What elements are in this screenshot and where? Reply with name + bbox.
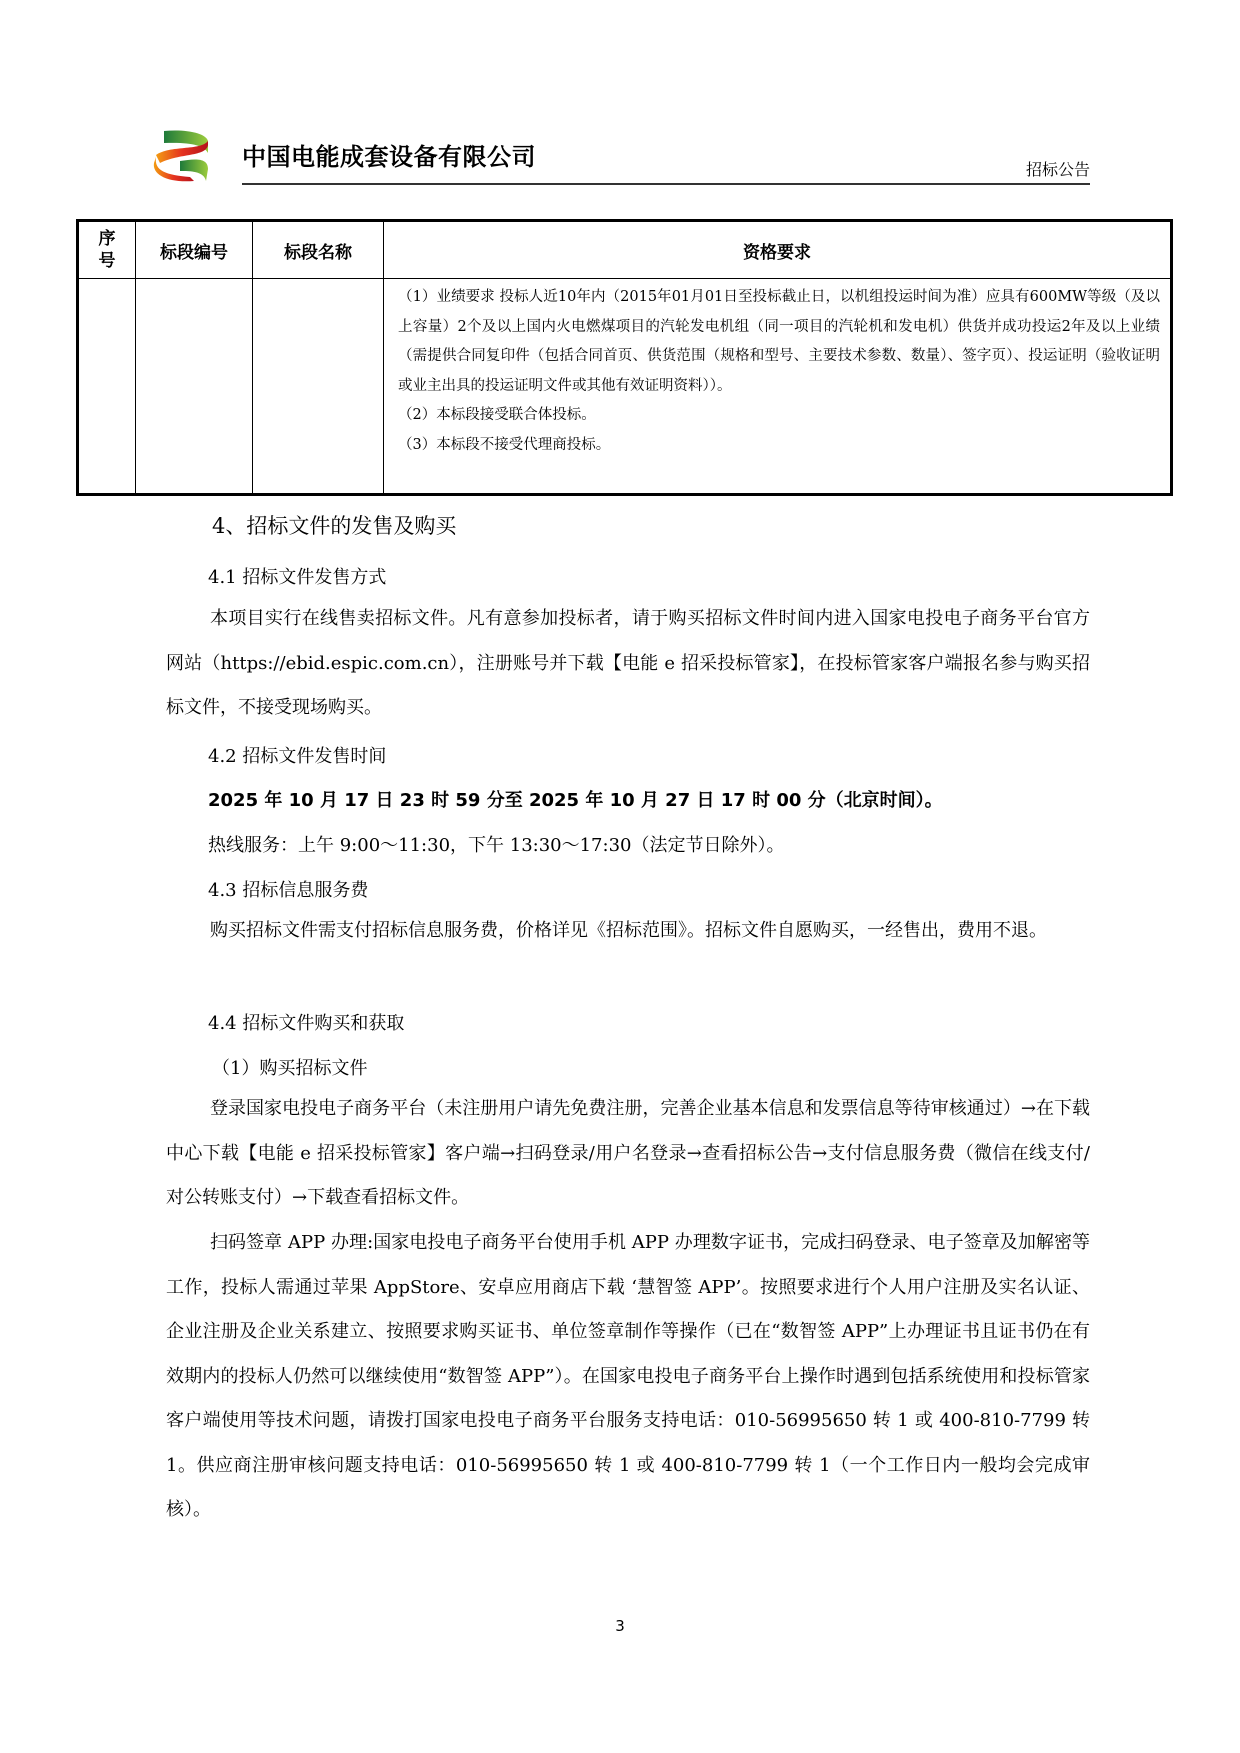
- table-header-row: 序号 标段编号 标段名称 资格要求: [78, 221, 1172, 279]
- cell-seq: [78, 279, 136, 495]
- table-row: （1）业绩要求 投标人近10年内（2015年01月01日至投标截止日，以机组投运…: [78, 279, 1172, 495]
- section-4-4-title: 4.4 招标文件购买和获取: [208, 1009, 404, 1035]
- section-4-3-text: 购买招标文件需支付招标信息服务费，价格详见《招标范围》。招标文件自愿购买，一经售…: [166, 909, 1090, 954]
- section-4-2-title: 4.2 招标文件发售时间: [208, 742, 386, 768]
- section-4-1-title: 4.1 招标文件发售方式: [208, 563, 386, 589]
- section-4-4-sub1-text: 登录国家电投电子商务平台（未注册用户请先免费注册，完善企业基本信息和发票信息等待…: [166, 1087, 1090, 1221]
- col-header-code: 标段编号: [136, 221, 253, 279]
- requirement-2: （2）本标段接受联合体投标。: [398, 401, 1160, 431]
- section-4-3-title: 4.3 招标信息服务费: [208, 876, 368, 902]
- col-header-name: 标段名称: [253, 221, 384, 279]
- cell-code: [136, 279, 253, 495]
- cell-requirements: （1）业绩要求 投标人近10年内（2015年01月01日至投标截止日，以机组投运…: [384, 279, 1172, 495]
- header-divider: [242, 183, 1090, 185]
- hotline-hours: 热线服务：上午 9:00～11:30，下午 13:30～17:30（法定节日除外…: [208, 831, 784, 857]
- section-4-title: 4、招标文件的发售及购买: [212, 510, 456, 540]
- page-header: 中国电能成套设备有限公司 招标公告: [150, 125, 1090, 185]
- requirement-3: （3）本标段不接受代理商投标。: [398, 431, 1160, 461]
- company-name: 中国电能成套设备有限公司: [242, 137, 536, 172]
- company-logo-icon: [150, 127, 216, 183]
- cell-name: [253, 279, 384, 495]
- page-number: 3: [0, 1617, 1240, 1635]
- col-header-seq: 序号: [78, 221, 136, 279]
- requirement-1: （1）业绩要求 投标人近10年内（2015年01月01日至投标截止日，以机组投运…: [398, 283, 1160, 401]
- document-type: 招标公告: [1026, 157, 1090, 180]
- section-4-1-text: 本项目实行在线售卖招标文件。凡有意参加投标者，请于购买招标文件时间内进入国家电投…: [166, 597, 1090, 731]
- qualification-table: 序号 标段编号 标段名称 资格要求 （1）业绩要求 投标人近10年内（2015年…: [76, 219, 1173, 496]
- sale-period: 2025 年 10 月 17 日 23 时 59 分至 2025 年 10 月 …: [208, 786, 943, 812]
- col-header-requirements: 资格要求: [384, 221, 1172, 279]
- section-4-4-app-text: 扫码签章 APP 办理:国家电投电子商务平台使用手机 APP 办理数字证书，完成…: [166, 1221, 1090, 1533]
- section-4-4-sub1-title: （1）购买招标文件: [212, 1054, 367, 1080]
